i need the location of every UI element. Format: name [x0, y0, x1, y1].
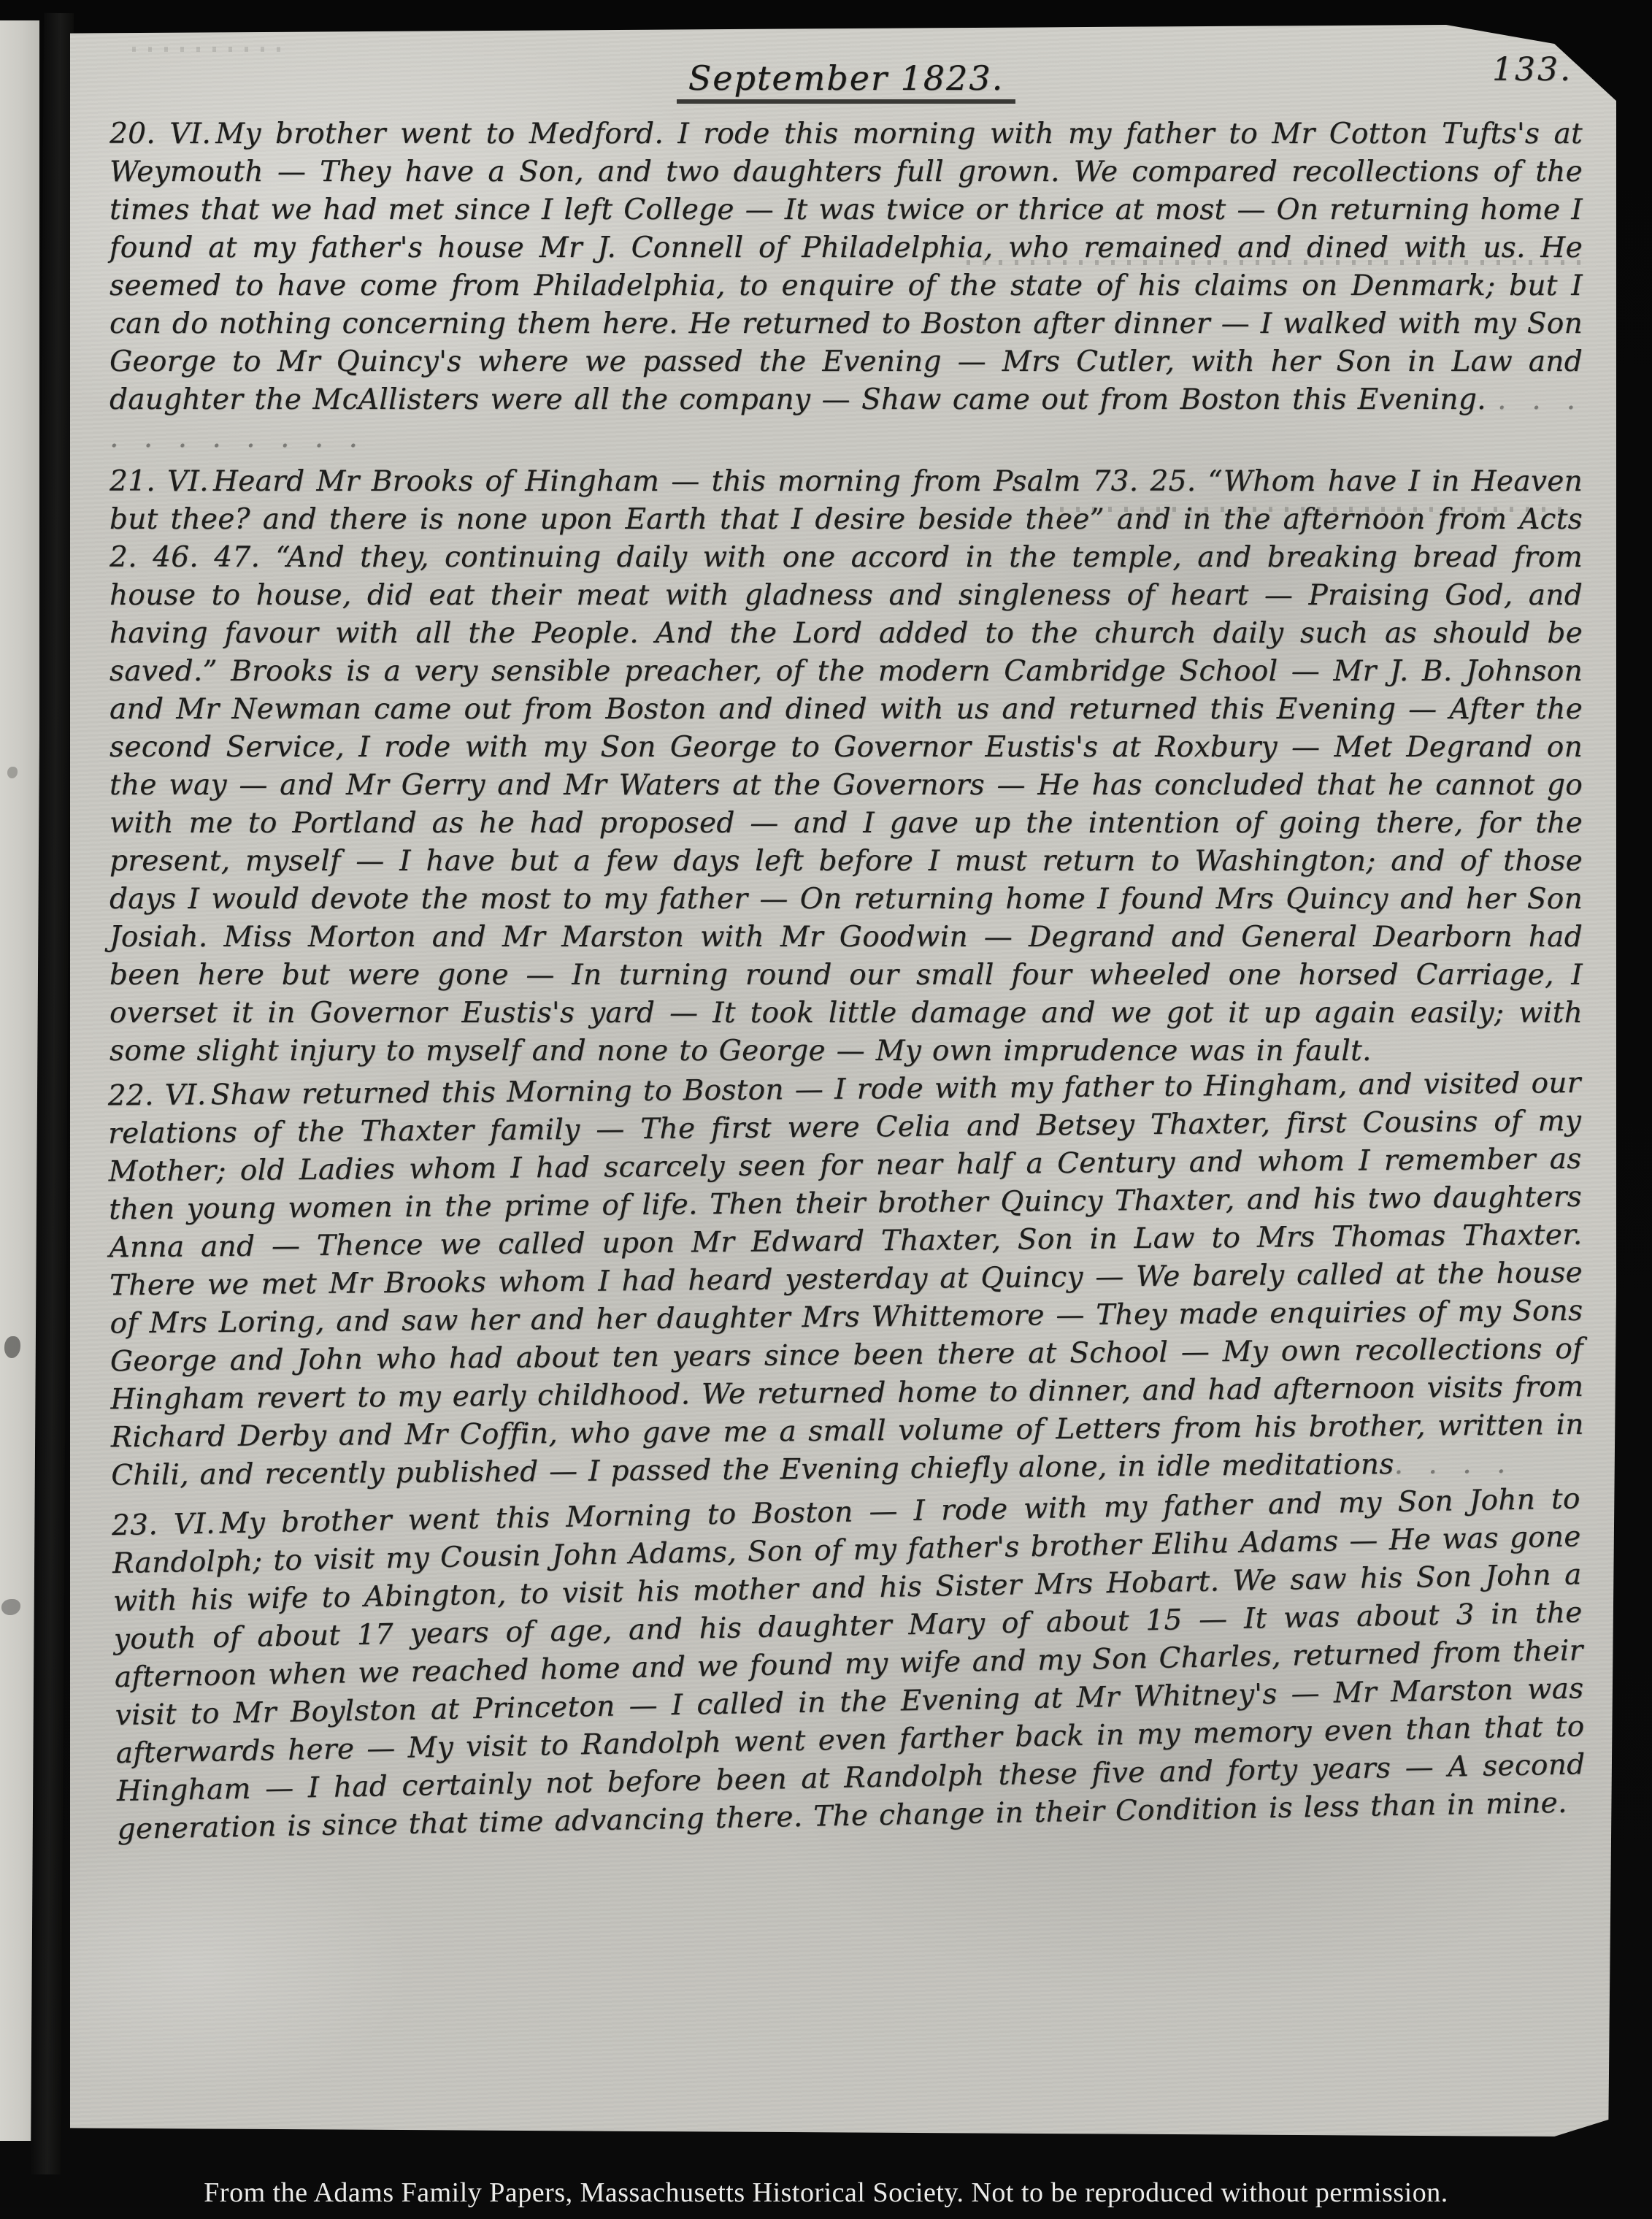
- line-filler-dots: . . . .: [1394, 1447, 1513, 1481]
- archive-credit-line: From the Adams Family Papers, Massachuse…: [0, 2177, 1652, 2209]
- scanned-manuscript-page: September 1823. 133. 20. VI.My brother w…: [0, 0, 1652, 2219]
- entry-date-label: 21. VI.: [110, 465, 213, 498]
- diary-entry-sept-22: 22. VI.Shaw returned this Morning to Bos…: [108, 1065, 1585, 1495]
- entry-text: Shaw returned this Morning to Boston — I…: [108, 1067, 1584, 1492]
- page-content: September 1823. 133. 20. VI.My brother w…: [70, 25, 1616, 1875]
- entry-text: Heard Mr Brooks of Hingham — this mornin…: [110, 465, 1583, 1068]
- entry-date-label: 20. VI.: [110, 118, 215, 150]
- entry-text: My brother went to Medford. I rode this …: [110, 118, 1583, 416]
- diary-entry-sept-20: 20. VI.My brother went to Medford. I rod…: [110, 115, 1583, 457]
- diary-entry-sept-21: 21. VI.Heard Mr Brooks of Hingham — this…: [110, 463, 1583, 1070]
- page-header: September 1823. 133.: [110, 39, 1583, 115]
- entry-date-label: 23. VI.: [112, 1507, 220, 1542]
- entry-date-label: 22. VI.: [108, 1078, 211, 1112]
- page-number: 133.: [1492, 51, 1572, 88]
- diary-page: September 1823. 133. 20. VI.My brother w…: [70, 25, 1616, 2136]
- entry-text: My brother went this Morning to Boston —…: [112, 1482, 1586, 1846]
- diary-entry-sept-23: 23. VI.My brother went this Morning to B…: [107, 1480, 1586, 1849]
- page-title: September 1823.: [677, 58, 1015, 104]
